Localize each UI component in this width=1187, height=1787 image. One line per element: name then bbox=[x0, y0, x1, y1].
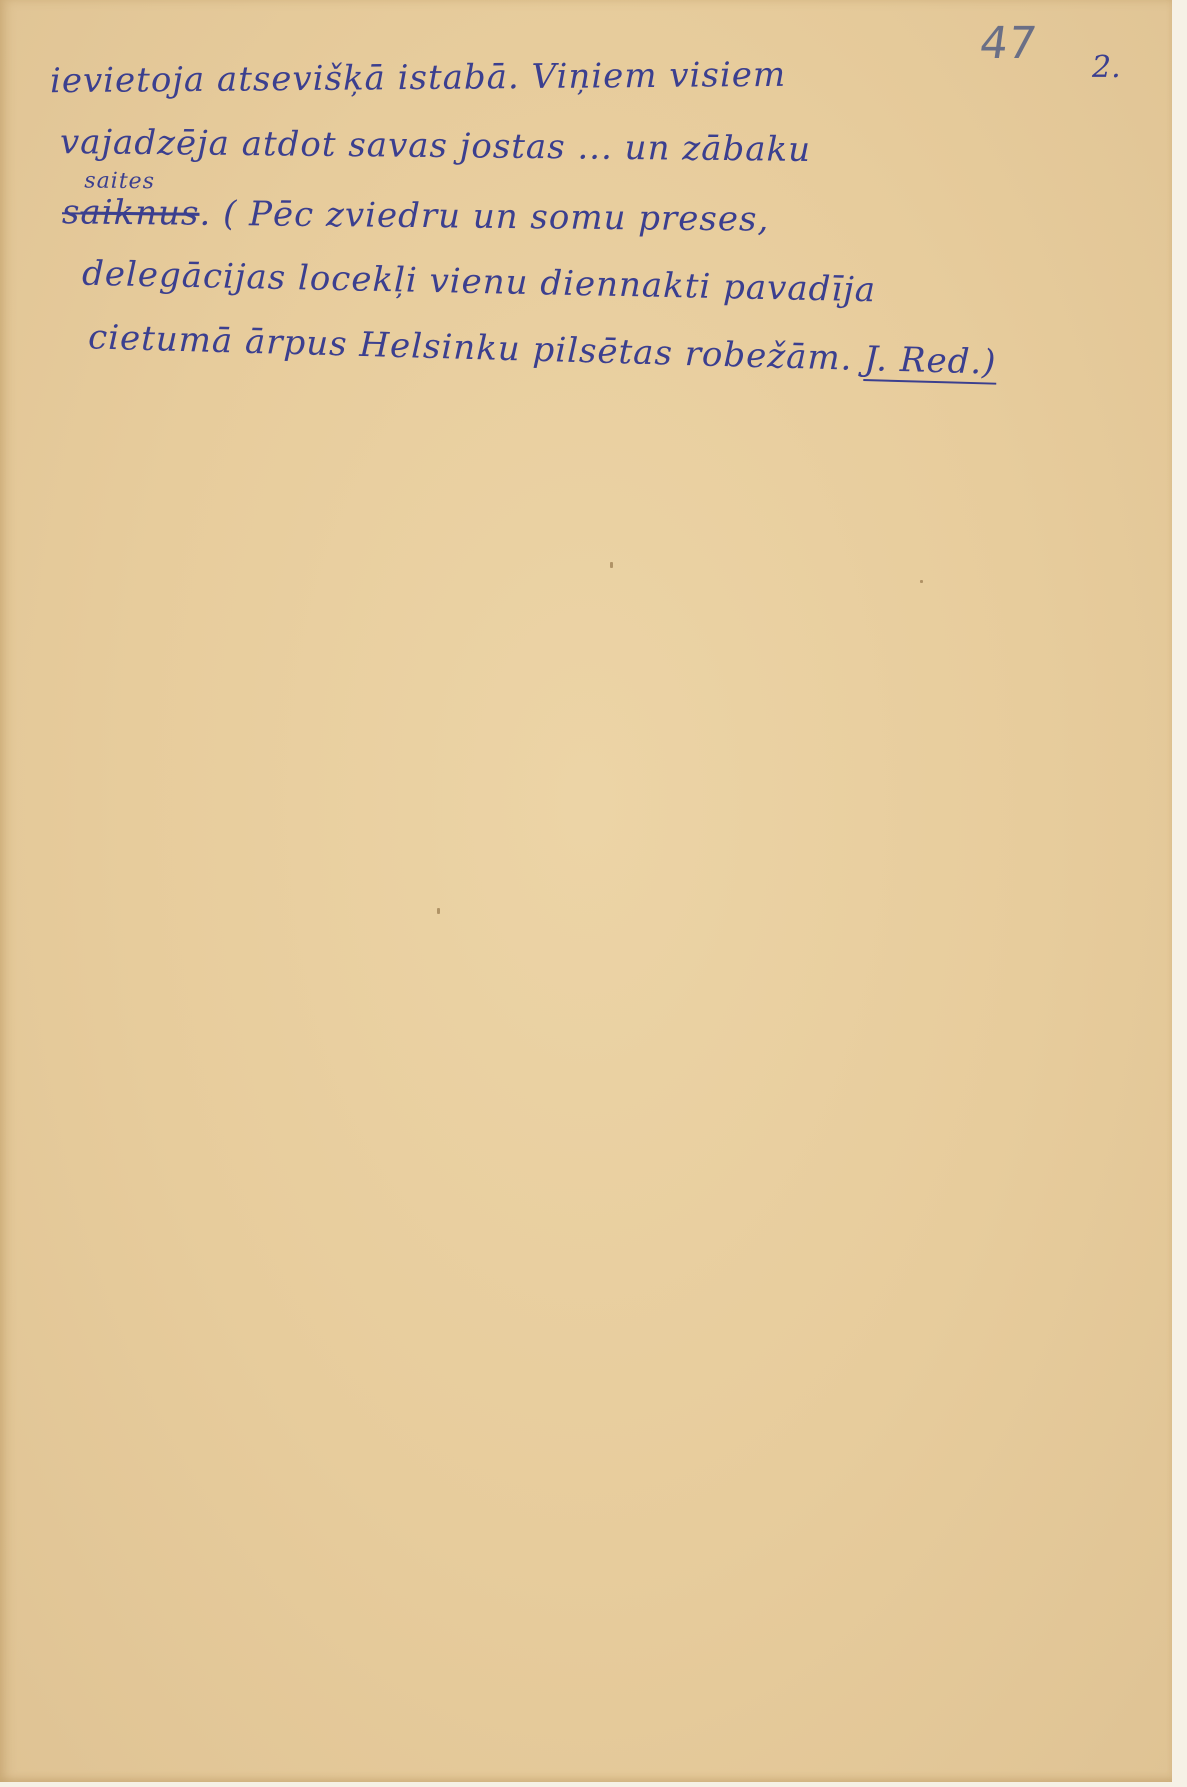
archive-page-number: 47 bbox=[976, 18, 1039, 69]
interlinear-insertion: saites bbox=[84, 169, 155, 195]
handwritten-line-2: vajadzēja atdot savas jostas ... un zāba… bbox=[60, 122, 811, 170]
handwritten-line-3: ssaitesaiknus. ( Pēc zviedru un somu pre… bbox=[62, 192, 770, 239]
scan-margin-right bbox=[1172, 0, 1187, 1787]
paper-speck bbox=[920, 580, 923, 583]
paper-speck bbox=[610, 562, 613, 568]
line-3-continuation: . ( Pēc zviedru un somu preses, bbox=[199, 194, 769, 240]
handwritten-line-5: cietumā ārpus Helsinku pilsētas robežām.… bbox=[88, 317, 997, 382]
paper-speck bbox=[437, 908, 440, 914]
line-5-text: cietumā ārpus Helsinku pilsētas robežām. bbox=[88, 317, 853, 378]
handwritten-line-4: delegācijas locekļi vienu diennakti pava… bbox=[82, 254, 877, 311]
editor-signature: J. Red.) bbox=[864, 339, 997, 385]
manuscript-page: 47 2. ievietoja atsevišķā istabā. Viņiem… bbox=[0, 0, 1172, 1782]
scan-margin-bottom bbox=[0, 1782, 1187, 1787]
handwritten-line-1: ievietoja atsevišķā istabā. Viņiem visie… bbox=[50, 55, 786, 101]
struck-through-word: ssaitesaiknus bbox=[62, 192, 200, 233]
sheet-number: 2. bbox=[1092, 50, 1121, 85]
